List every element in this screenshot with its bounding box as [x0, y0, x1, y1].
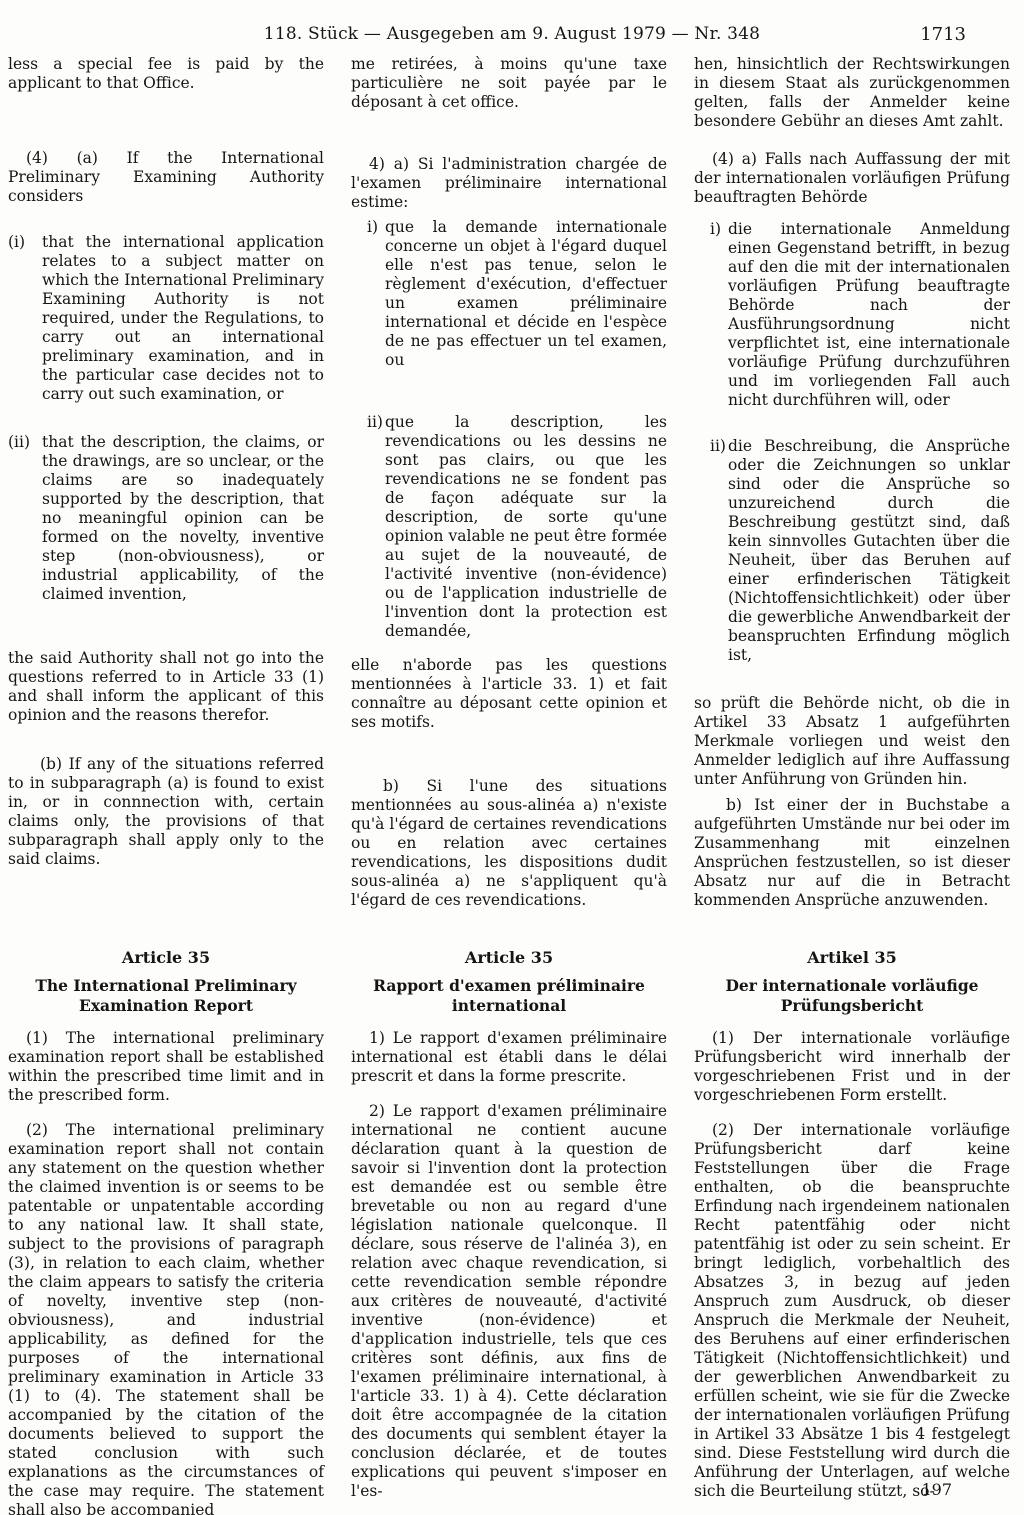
- paragraph-continuation-fr: me retirées, à moins qu'une taxe particu…: [351, 55, 667, 112]
- list-item-text: die internationale Anmeldung einen Gegen…: [728, 220, 1010, 410]
- paragraph-closing-de: so prüft die Behörde nicht, ob die in Ar…: [694, 694, 1010, 789]
- list-marker: (i): [8, 233, 42, 404]
- list-marker: i): [351, 218, 385, 370]
- paragraph-4a-fr: 4) a) Si l'administration chargée de l'e…: [351, 155, 667, 212]
- footer-sheet-number: 197: [921, 1480, 952, 1499]
- list-item-text: que la demande internationale concerne u…: [385, 218, 667, 370]
- paragraph-b-fr: b) Si l'une des situations mentionnées a…: [351, 777, 667, 910]
- list-item-text: que la description, les revendications o…: [385, 413, 667, 641]
- paragraph-2-en: (2) The international preliminary examin…: [8, 1121, 324, 1515]
- paragraph-1-fr: 1) Le rapport d'examen préliminaire inte…: [351, 1029, 667, 1086]
- column-german: hen, hinsichtlich der Rechtswirkungen in…: [694, 55, 1010, 910]
- column-french-article: Article 35 Rapport d'examen préliminaire…: [351, 948, 667, 1515]
- paragraph-b-en: (b) If any of the situations referred to…: [8, 755, 324, 869]
- paragraph-b-de: b) Ist einer der in Buchstabe a aufgefüh…: [694, 796, 1010, 910]
- article-heading-fr: Article 35: [351, 948, 667, 968]
- list-item-text: die Beschreibung, die Ansprüche oder die…: [728, 437, 1010, 665]
- paragraph-continuation-de: hen, hinsichtlich der Rechtswirkungen in…: [694, 55, 1010, 131]
- page-header: 118. Stück — Ausgegeben am 9. August 197…: [0, 0, 1024, 44]
- list-item-ii-fr: ii) que la description, les revendicatio…: [351, 413, 667, 641]
- paragraph-closing-fr: elle n'aborde pas les questions mentionn…: [351, 656, 667, 732]
- article-heading-de: Artikel 35: [694, 948, 1010, 968]
- list-marker: (ii): [8, 433, 42, 604]
- article-title-fr: Rapport d'examen préliminaire internatio…: [351, 976, 667, 1016]
- article-title-de: Der internationale vorläufige Prüfungsbe…: [694, 976, 1010, 1016]
- list-item-text: that the description, the claims, or the…: [42, 433, 324, 604]
- columns-top-section: less a special fee is paid by the applic…: [0, 55, 1024, 910]
- column-english: less a special fee is paid by the applic…: [8, 55, 324, 910]
- paragraph-closing-en: the said Authority shall not go into the…: [8, 649, 324, 725]
- list-item-i-de: i) die internationale Anmeldung einen Ge…: [694, 220, 1010, 410]
- article-title-en: The International Preliminary Examinatio…: [8, 976, 324, 1016]
- paragraph-4a-de: (4) a) Falls nach Auffassung der mit der…: [694, 150, 1010, 207]
- paragraph-1-de: (1) Der internationale vorläufige Prüfun…: [694, 1029, 1010, 1105]
- list-item-ii-en: (ii) that the description, the claims, o…: [8, 433, 324, 604]
- header-page-number: 1713: [920, 24, 966, 45]
- list-item-i-en: (i) that the international application r…: [8, 233, 324, 404]
- list-item-i-fr: i) que la demande internationale concern…: [351, 218, 667, 370]
- list-item-text: that the international application relat…: [42, 233, 324, 404]
- paragraph-2-de: (2) Der internationale vorläufige Prüfun…: [694, 1121, 1010, 1501]
- list-marker: ii): [351, 413, 385, 641]
- columns-article-section: Article 35 The International Preliminary…: [0, 948, 1024, 1515]
- gazette-page: 118. Stück — Ausgegeben am 9. August 197…: [0, 0, 1024, 1515]
- list-item-ii-de: ii) die Beschreibung, die Ansprüche oder…: [694, 437, 1010, 665]
- paragraph-continuation-en: less a special fee is paid by the applic…: [8, 55, 324, 93]
- list-marker: i): [694, 220, 728, 410]
- header-issue-line: 118. Stück — Ausgegeben am 9. August 197…: [264, 24, 760, 44]
- list-marker: ii): [694, 437, 728, 665]
- column-german-article: Artikel 35 Der internationale vorläufige…: [694, 948, 1010, 1515]
- paragraph-2-fr: 2) Le rapport d'examen préliminaire inte…: [351, 1102, 667, 1501]
- article-heading-en: Article 35: [8, 948, 324, 968]
- column-english-article: Article 35 The International Preliminary…: [8, 948, 324, 1515]
- paragraph-4a-en: (4) (a) If the International Preliminary…: [8, 149, 324, 206]
- column-french: me retirées, à moins qu'une taxe particu…: [351, 55, 667, 910]
- paragraph-1-en: (1) The international preliminary examin…: [8, 1029, 324, 1105]
